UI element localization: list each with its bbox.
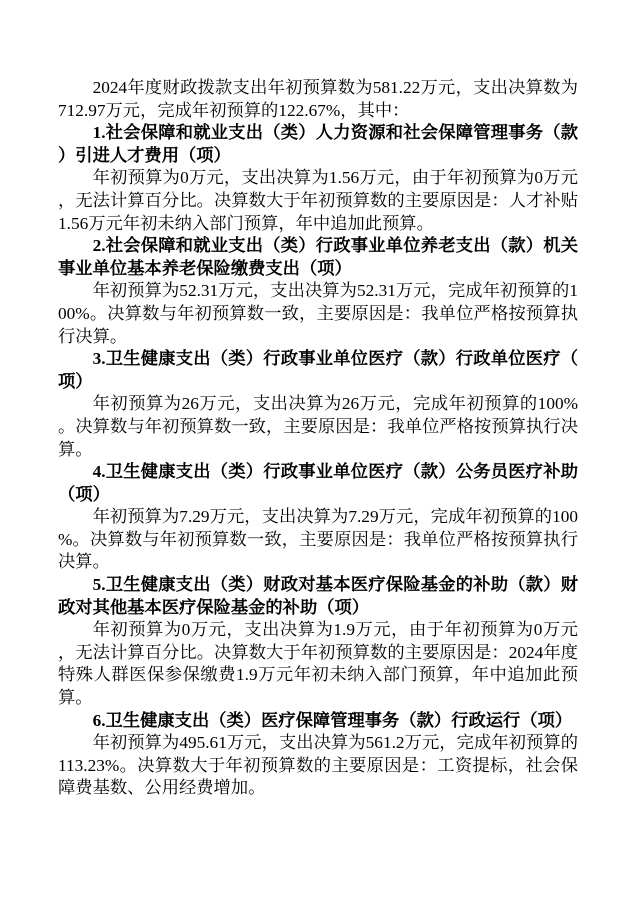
section-heading: 6.卫生健康支出（类）医疗保障管理事务（款）行政运行（项） xyxy=(58,710,578,733)
section-body: 年初预算为0万元，支出决算为1.56万元，由于年初预算为0万元，无法计算百分比。… xyxy=(58,167,578,235)
section-body: 年初预算为52.31万元，支出决算为52.31万元，完成年初预算的100%。决算… xyxy=(58,280,578,348)
budget-section-5: 5.卫生健康支出（类）财政对基本医疗保险基金的补助（款）财政对其他基本医疗保险基… xyxy=(58,574,578,710)
budget-section-4: 4.卫生健康支出（类）行政事业单位医疗（款）公务员医疗补助（项） 年初预算为7.… xyxy=(58,461,578,574)
section-heading: 3.卫生健康支出（类）行政事业单位医疗（款）行政单位医疗（项） xyxy=(58,348,578,393)
budget-section-2: 2.社会保障和就业支出（类）行政事业单位养老支出（款）机关事业单位基本养老保险缴… xyxy=(58,235,578,348)
budget-section-1: 1.社会保障和就业支出（类）人力资源和社会保障管理事务（款）引进人才费用（项） … xyxy=(58,122,578,235)
intro-paragraph: 2024年度财政拨款支出年初预算数为581.22万元，支出决算数为712.97万… xyxy=(58,77,578,122)
section-body: 年初预算为495.61万元，支出决算为561.2万元，完成年初预算的113.23… xyxy=(58,732,578,800)
budget-section-3: 3.卫生健康支出（类）行政事业单位医疗（款）行政单位医疗（项） 年初预算为26万… xyxy=(58,348,578,461)
budget-section-6: 6.卫生健康支出（类）医疗保障管理事务（款）行政运行（项） 年初预算为495.6… xyxy=(58,710,578,800)
document-content: 2024年度财政拨款支出年初预算数为581.22万元，支出决算数为712.97万… xyxy=(58,77,578,800)
section-body: 年初预算为0万元，支出决算为1.9万元，由于年初预算为0万元，无法计算百分比。决… xyxy=(58,619,578,709)
section-heading: 1.社会保障和就业支出（类）人力资源和社会保障管理事务（款）引进人才费用（项） xyxy=(58,122,578,167)
section-body: 年初预算为26万元，支出决算为26万元，完成年初预算的100%。决算数与年初预算… xyxy=(58,393,578,461)
section-heading: 2.社会保障和就业支出（类）行政事业单位养老支出（款）机关事业单位基本养老保险缴… xyxy=(58,235,578,280)
document-page: 2024年度财政拨款支出年初预算数为581.22万元，支出决算数为712.97万… xyxy=(0,0,636,900)
section-heading: 5.卫生健康支出（类）财政对基本医疗保险基金的补助（款）财政对其他基本医疗保险基… xyxy=(58,574,578,619)
section-body: 年初预算为7.29万元，支出决算为7.29万元，完成年初预算的100%。决算数与… xyxy=(58,506,578,574)
section-heading: 4.卫生健康支出（类）行政事业单位医疗（款）公务员医疗补助（项） xyxy=(58,461,578,506)
